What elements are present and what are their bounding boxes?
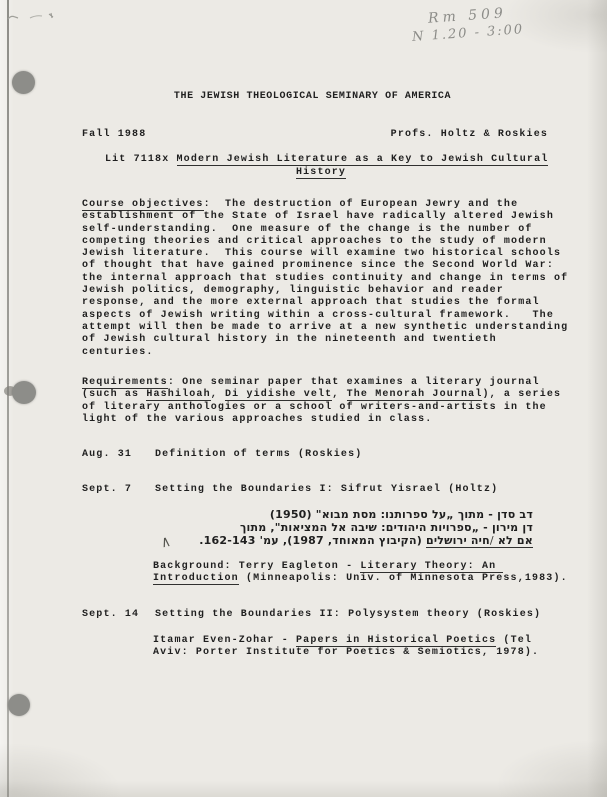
text-segment: of thought that have gained prominence s…: [82, 260, 554, 271]
header-row: Fall 1988 Profs. Holtz & Roskies: [82, 129, 548, 141]
objectives-paragraph: Course objectives: The destruction of Eu…: [82, 199, 568, 359]
syllabus-page: Rm 509 N 1.20 - 3:00 THE JEWISH THEOLOGI…: [0, 0, 607, 797]
text-segment: : The destruction of European Jewry and …: [204, 199, 519, 210]
punch-hole-middle: [12, 381, 36, 404]
text-segment: Requirements: [82, 377, 168, 389]
text-line: centuries.: [82, 347, 568, 359]
text-line: Jewish literature. This course will exam…: [82, 248, 568, 260]
text-line: Lit 7118x Modern Jewish Literature as a …: [105, 154, 548, 166]
text-segment: Modern Jewish Literature as a Key to Jew…: [177, 154, 549, 166]
text-line: response, and the more external approach…: [82, 297, 568, 309]
text-segment: centuries.: [82, 347, 154, 358]
text-line: of thought that have gained prominence s…: [82, 260, 568, 272]
text-segment: light of the various approaches studied …: [82, 414, 432, 425]
text-line: (such as Hashiloah, Di yidishe velt, The…: [82, 389, 561, 401]
corner-pencil-scribble: [6, 10, 58, 26]
text-line: Jewish politics, demography, linguistic …: [82, 285, 568, 297]
text-line: History: [296, 167, 346, 179]
schedule-row-sept7: Sept. 7 Setting the Boundaries I: Sifrut…: [82, 484, 498, 496]
course-heading: Lit 7118x Modern Jewish Literature as a …: [105, 154, 548, 166]
text-segment: (Tel: [496, 635, 532, 646]
text-segment: Background: Terry Eagleton -: [153, 561, 360, 572]
text-segment: (such as: [82, 389, 146, 400]
text-segment: Jewish politics, demography, linguistic …: [82, 285, 504, 296]
text-segment: of Jewish cultural history in the ninete…: [82, 334, 497, 345]
course-heading-line2: History: [296, 167, 346, 179]
text-segment: response, and the more external approach…: [82, 297, 540, 308]
schedule-row-aug31: Aug. 31 Definition of terms (Roskies): [82, 449, 362, 461]
schedule-date: Sept. 14: [82, 609, 155, 621]
text-segment: aspects of Jewish writing within a cross…: [82, 310, 554, 321]
text-segment: The Menorah Journal: [347, 389, 483, 401]
text-segment: Papers in Historical Poetics: [296, 635, 496, 647]
schedule-topic: Setting the Boundaries I: Sifrut Yisrael…: [155, 484, 498, 496]
text-line: Course objectives: The destruction of Eu…: [82, 199, 568, 211]
text-segment: Aviv: Porter Institute for Poetics & Sem…: [153, 647, 539, 658]
requirements-paragraph: Requirements: One seminar paper that exa…: [82, 377, 561, 426]
text-line: self-understanding. One measure of the c…: [82, 224, 568, 236]
background-reading: Background: Terry Eagleton - Literary Th…: [153, 561, 568, 586]
text-segment: History: [296, 167, 346, 179]
professors-label: Profs. Holtz & Roskies: [391, 129, 548, 141]
text-line: אם לא /חיה ירושלים (הקיבוץ המאוחד, 1987)…: [199, 534, 533, 547]
institution-title: THE JEWISH THEOLOGICAL SEMINARY OF AMERI…: [0, 91, 607, 103]
text-segment: Di yidishe velt: [225, 389, 332, 401]
schedule-date: Sept. 7: [82, 484, 155, 496]
text-line: aspects of Jewish writing within a cross…: [82, 310, 568, 322]
text-line: Introduction (Minneapolis: Univ. of Minn…: [153, 573, 568, 585]
text-segment: ,: [332, 389, 346, 400]
text-segment: דן מירון - „ספרויות היהודים: שיבה אל המצ…: [240, 521, 533, 534]
text-segment: Course objectives: [82, 199, 204, 211]
insert-caret-mark: ∧: [159, 533, 172, 553]
punch-hole-bottom: [8, 694, 30, 716]
text-segment: the internal approach that studies conti…: [82, 273, 568, 284]
text-segment: חיה ירושלים: [426, 534, 490, 548]
text-line: attempt will then be made to arrive at a…: [82, 322, 568, 334]
text-line: דב סדן - מתוך „על ספרותנו: מסת מבוא" (19…: [199, 508, 533, 521]
text-line: Aviv: Porter Institute for Poetics & Sem…: [153, 647, 539, 659]
scan-edge-line: [7, 0, 9, 797]
text-segment: Literary Theory: An: [360, 561, 503, 573]
text-line: the internal approach that studies conti…: [82, 273, 568, 285]
text-line: competing theories and critical approach…: [82, 236, 568, 248]
text-segment: : One seminar paper that examines a lite…: [168, 377, 540, 388]
text-segment: ), a series: [482, 389, 561, 400]
sept14-reading: Itamar Even-Zohar - Papers in Historical…: [153, 635, 539, 660]
text-segment: Introduction: [153, 573, 239, 585]
text-segment: Lit 7118x: [105, 154, 177, 165]
text-segment: (Minneapolis: Univ. of Minnesota Press,1…: [239, 573, 568, 584]
text-segment: establishment of the State of Israel hav…: [82, 211, 554, 222]
text-segment: Itamar Even-Zohar -: [153, 635, 296, 646]
text-line: דן מירון - „ספרויות היהודים: שיבה אל המצ…: [199, 521, 533, 534]
text-segment: דב סדן - מתוך „על ספרותנו: מסת מבוא" (19…: [270, 508, 533, 521]
text-line: light of the various approaches studied …: [82, 414, 561, 426]
text-line: of Jewish cultural history in the ninete…: [82, 334, 568, 346]
text-segment: self-understanding. One measure of the c…: [82, 224, 533, 235]
text-line: Background: Terry Eagleton - Literary Th…: [153, 561, 568, 573]
text-segment: אם לא: [494, 534, 533, 548]
term-label: Fall 1988: [82, 129, 146, 141]
hebrew-readings: דב סדן - מתוך „על ספרותנו: מסת מבוא" (19…: [199, 508, 533, 547]
text-segment: Hashiloah: [146, 389, 210, 401]
text-segment: attempt will then be made to arrive at a…: [82, 322, 568, 333]
text-segment: ,: [211, 389, 225, 400]
text-line: of literary anthologies or a school of w…: [82, 402, 561, 414]
text-line: establishment of the State of Israel hav…: [82, 211, 568, 223]
text-segment: competing theories and critical approach…: [82, 236, 547, 247]
schedule-row-sept14: Sept. 14 Setting the Boundaries II: Poly…: [82, 609, 541, 621]
text-segment: of literary anthologies or a school of w…: [82, 402, 547, 413]
schedule-date: Aug. 31: [82, 449, 155, 461]
schedule-topic: Setting the Boundaries II: Polysystem th…: [155, 609, 541, 621]
text-line: Itamar Even-Zohar - Papers in Historical…: [153, 635, 539, 647]
text-line: Requirements: One seminar paper that exa…: [82, 377, 561, 389]
schedule-topic: Definition of terms (Roskies): [155, 449, 362, 461]
text-segment: (הקיבוץ המאוחד, 1987), עמ' 162-143.: [199, 534, 426, 547]
text-segment: Jewish literature. This course will exam…: [82, 248, 561, 259]
